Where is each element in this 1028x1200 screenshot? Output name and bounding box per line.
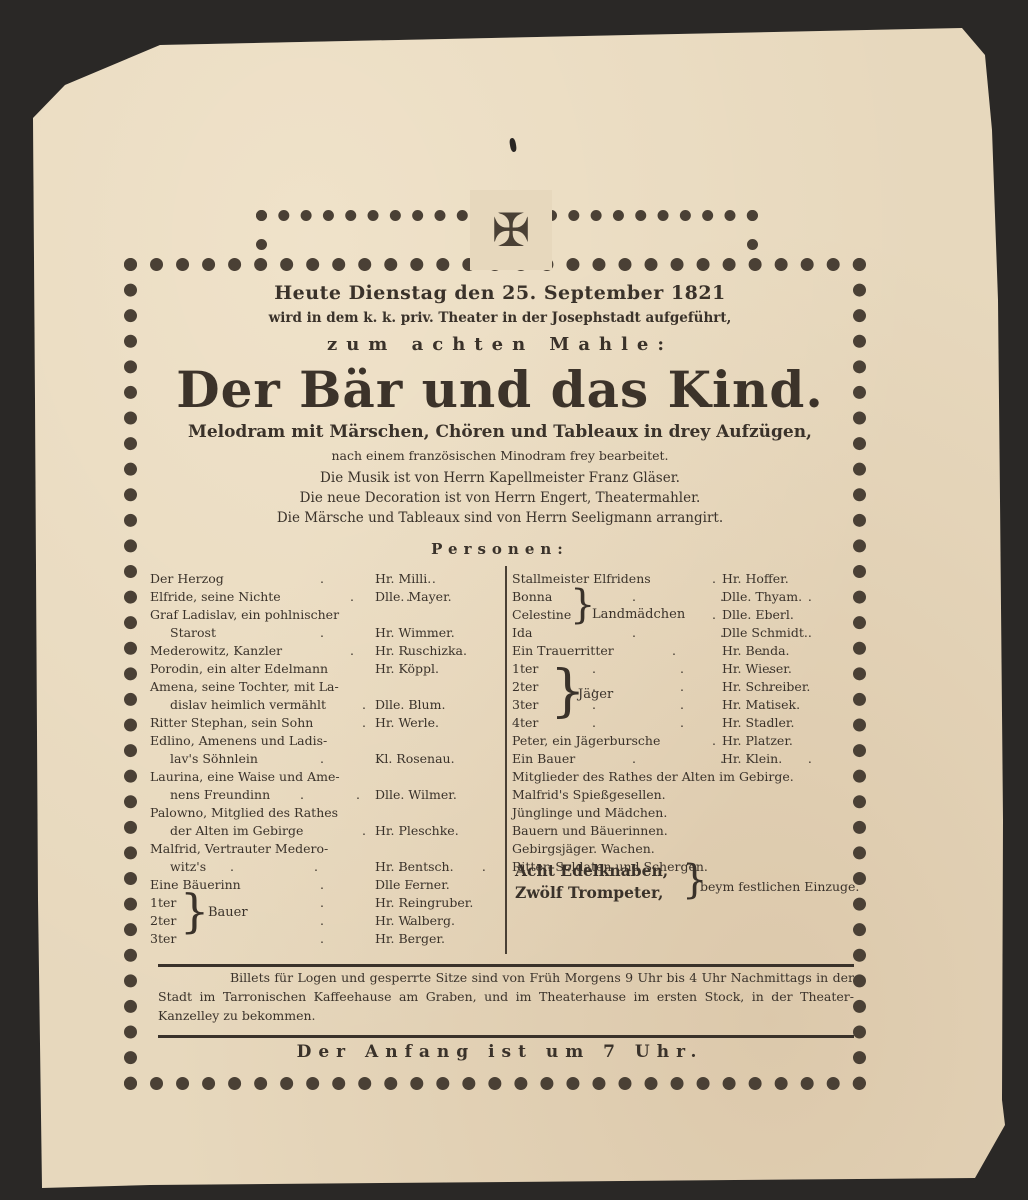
marches-credit: Die Märsche und Tableaux sind von Herrn … xyxy=(140,510,860,526)
ensemble-row: Bauern und Bäuerinnen. xyxy=(512,822,860,840)
divider-rule xyxy=(158,964,854,967)
cast-row: dislav heimlich vermählt.Dlle. Blum. xyxy=(150,696,500,714)
divider-rule xyxy=(158,1035,854,1038)
procession-line-1: Acht Edelknaben, xyxy=(515,860,668,882)
cast-row: Stallmeister Elfridens.Hr. Hoffer. xyxy=(512,570,860,588)
cast-row: Celestine.Dlle. Eberl. xyxy=(512,606,860,624)
cast-row: nens Freundinn. .Dlle. Wilmer. xyxy=(150,786,500,804)
cast-row: Laurina, eine Waise und Ame- xyxy=(150,768,500,786)
cast-row: der Alten im Gebirge.Hr. Pleschke. xyxy=(150,822,500,840)
cast-row: Starost. . .Hr. Wimmer. xyxy=(150,624,500,642)
cast-row: Der Herzog. . .Hr. Milli. xyxy=(150,570,500,588)
landmaedchen-group-label: Landmädchen xyxy=(592,606,685,624)
cast-row: Ritter Stephan, sein Sohn.Hr. Werle. xyxy=(150,714,500,732)
cast-row: lav's Söhnlein. .Kl. Rosenau. xyxy=(150,750,500,768)
date-line: Heute Dienstag den 25. September 1821 xyxy=(140,282,860,304)
procession-line-2: Zwölf Trompeter, xyxy=(515,882,668,904)
cast-row: Amena, seine Tochter, mit La- xyxy=(150,678,500,696)
cast-row: Porodin, ein alter EdelmannHr. Köppl. xyxy=(150,660,500,678)
brace-icon: } xyxy=(180,888,209,934)
cast-row: Palowno, Mitglied des Rathes xyxy=(150,804,500,822)
procession-note: beym festlichen Einzuge. xyxy=(700,879,859,894)
source-line: nach einem französischen Minodram frey b… xyxy=(140,448,860,463)
decoration-credit: Die neue Decoration ist von Herrn Engert… xyxy=(140,490,860,506)
cast-list-left: Der Herzog. . .Hr. Milli. Elfride, seine… xyxy=(150,570,500,948)
cast-row: Edlino, Amenens und Ladis- xyxy=(150,732,500,750)
ensemble-row: Gebirgsjäger. Wachen. xyxy=(512,840,860,858)
play-title: Der Bär und das Kind. xyxy=(140,360,860,419)
column-divider xyxy=(505,566,507,954)
bauer-group-label: Bauer xyxy=(208,904,248,922)
cast-row: Malfrid, Vertrauter Medero- xyxy=(150,840,500,858)
cast-row: Elfride, seine Nichte. .Dlle. Mayer. xyxy=(150,588,500,606)
procession-list: Acht Edelknaben, Zwölf Trompeter, xyxy=(515,860,668,904)
cast-row: Mederowitz, Kanzler. .Hr. Ruschizka. xyxy=(150,642,500,660)
tickets-note: Billets für Logen und gesperrte Sitze si… xyxy=(158,968,854,1025)
cast-row: Graf Ladislav, ein pohlnischer xyxy=(150,606,500,624)
cast-list-right: Stallmeister Elfridens.Hr. Hoffer. Bonna… xyxy=(512,570,860,876)
cast-row: Ein Bauer. . .Hr. Klein. xyxy=(512,750,860,768)
cast-row: Ein Trauerritter. .Hr. Benda. xyxy=(512,642,860,660)
ensemble-row: Mitglieder des Rathes der Alten im Gebir… xyxy=(512,768,860,786)
venue-line: wird in dem k. k. priv. Theater in der J… xyxy=(140,310,860,326)
cast-row: Bonna. . .Dlle. Thyam. xyxy=(512,588,860,606)
cast-row: Peter, ein Jägerbursche.Hr. Platzer. xyxy=(512,732,860,750)
performance-count: zum achten Mahle: xyxy=(140,334,860,355)
start-time: Der Anfang ist um 7 Uhr. xyxy=(140,1042,860,1062)
cast-row: Ida. . .Dlle Schmidt. xyxy=(512,624,860,642)
double-headed-eagle-crest-icon: ✠ xyxy=(470,190,552,270)
ensemble-row: Jünglinge und Mädchen. xyxy=(512,804,860,822)
genre-line: Melodram mit Märschen, Chören und Tablea… xyxy=(140,422,860,442)
personen-heading: Personen: xyxy=(140,540,860,558)
cast-row: witz's. . . .Hr. Bentsch. xyxy=(150,858,500,876)
jaeger-group-label: Jäger xyxy=(578,686,613,704)
ensemble-row: Malfrid's Spießgesellen. xyxy=(512,786,860,804)
music-credit: Die Musik ist von Herrn Kapellmeister Fr… xyxy=(140,470,860,486)
